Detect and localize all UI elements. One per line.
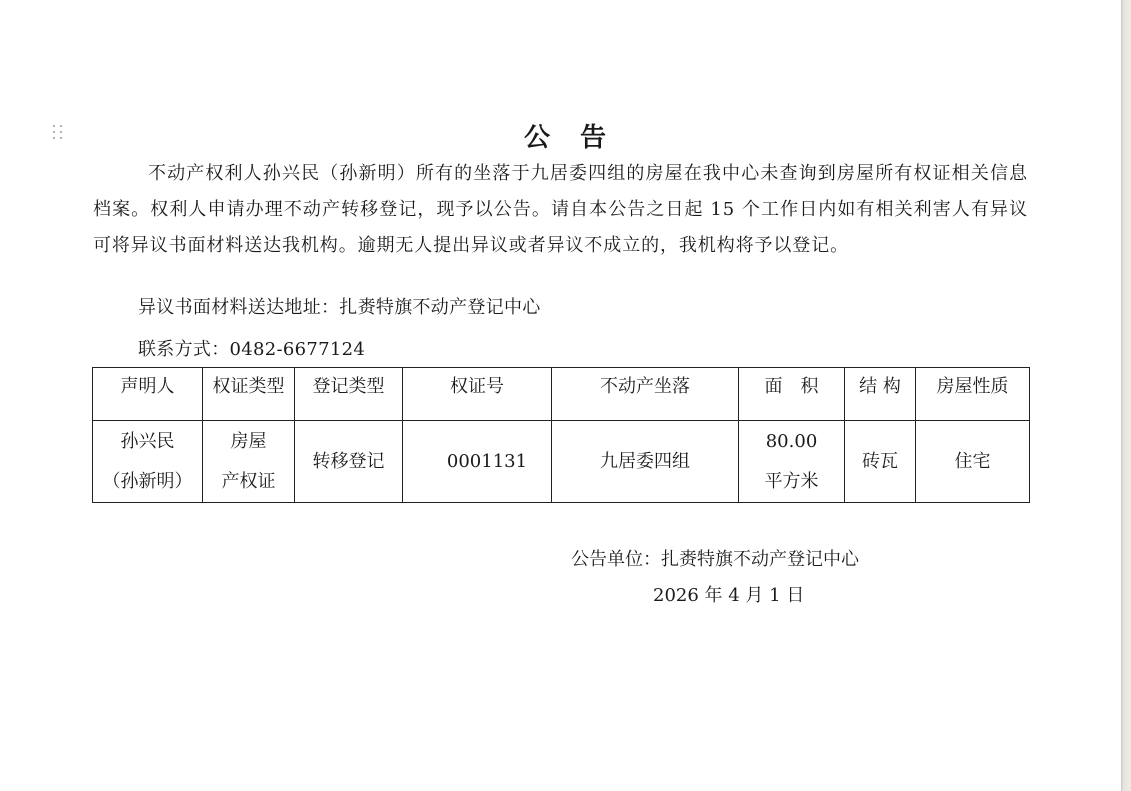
cell-certificate-type: 房屋 产权证	[203, 421, 295, 503]
title-char-1: 公	[524, 117, 550, 154]
header-declarant: 声明人	[93, 368, 203, 421]
header-certificate-type: 权证类型	[203, 368, 295, 421]
cell-declarant: 孙兴民 （孙新明）	[93, 421, 203, 503]
cell-property-nature: 住宅	[916, 421, 1030, 503]
certificate-type-line1: 房屋	[203, 422, 294, 462]
cell-area: 80.00 平方米	[739, 421, 845, 503]
property-info-table: 声明人 权证类型 登记类型 权证号 不动产坐落 面 积 结 构 房屋性质 孙兴民…	[92, 367, 1030, 503]
cell-structure: 砖瓦	[845, 421, 916, 503]
title-char-2: 告	[580, 117, 606, 154]
objection-address: 异议书面材料送达地址：扎赉特旗不动产登记中心	[138, 293, 541, 319]
header-property-nature: 房屋性质	[916, 368, 1030, 421]
issuing-unit: 公告单位：扎赉特旗不动产登记中心	[571, 545, 859, 571]
cell-location: 九居委四组	[552, 421, 739, 503]
document-page: 公 告 不动产权利人孙兴民（孙新明）所有的坐落于九居委四组的房屋在我中心未查询到…	[0, 0, 1121, 791]
declarant-name: 孙兴民	[93, 422, 202, 462]
declarant-alias: （孙新明）	[93, 462, 202, 502]
cell-registration-type: 转移登记	[295, 421, 403, 503]
header-structure: 结 构	[845, 368, 916, 421]
announcement-body: 不动产权利人孙兴民（孙新明）所有的坐落于九居委四组的房屋在我中心未查询到房屋所有…	[93, 156, 1028, 264]
table-header-row: 声明人 权证类型 登记类型 权证号 不动产坐落 面 积 结 构 房屋性质	[93, 368, 1030, 421]
area-value: 80.00	[739, 422, 844, 462]
header-registration-type: 登记类型	[295, 368, 403, 421]
scrollbar-track[interactable]	[1121, 0, 1131, 791]
area-unit: 平方米	[739, 462, 844, 502]
header-location: 不动产坐落	[552, 368, 739, 421]
cell-certificate-no: 0001131	[403, 421, 552, 503]
header-certificate-no: 权证号	[403, 368, 552, 421]
drag-handle-icon[interactable]	[53, 125, 65, 141]
certificate-type-line2: 产权证	[203, 462, 294, 502]
header-area: 面 积	[739, 368, 845, 421]
issue-date: 2026 年 4 月 1 日	[653, 581, 804, 607]
contact-info: 联系方式：0482-6677124	[138, 335, 365, 361]
table-row: 孙兴民 （孙新明） 房屋 产权证 转移登记 0001131 九居委四组 80.0…	[93, 421, 1030, 503]
